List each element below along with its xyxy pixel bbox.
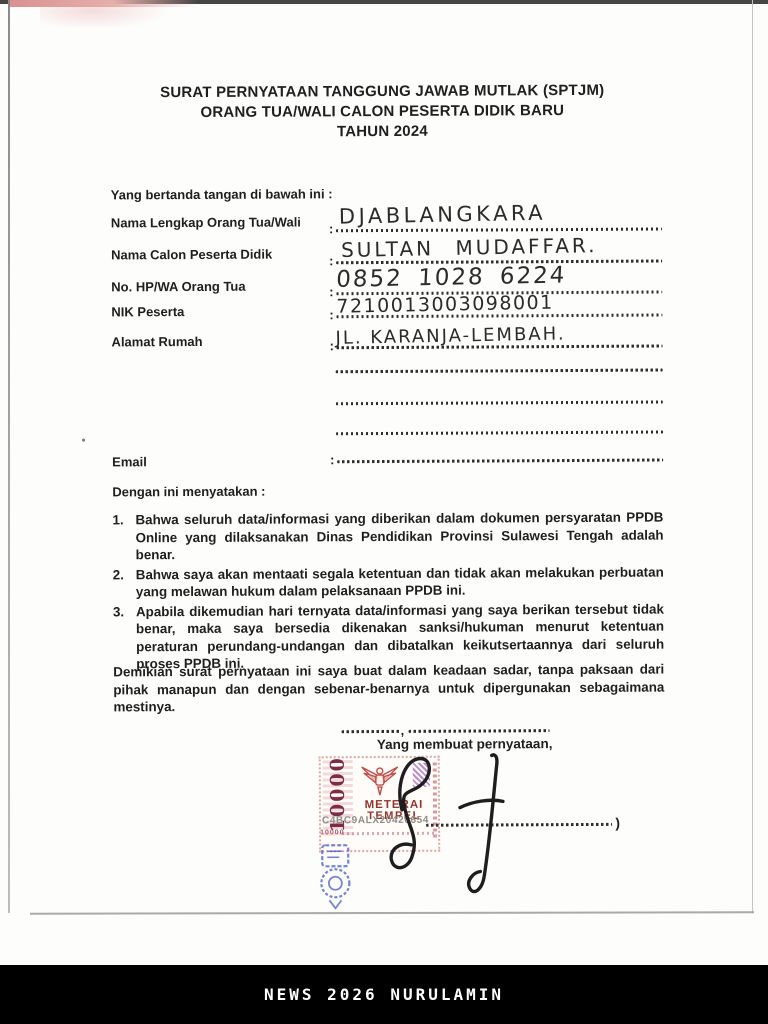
line-address-cont-2 (336, 389, 663, 409)
label-email: Email (112, 454, 147, 469)
colon: : (329, 223, 333, 235)
statement-list: 1. Bahwa seluruh data/informasi yang dib… (112, 507, 664, 673)
label-parent-name: Nama Lengkap Orang Tua/Wali (111, 214, 301, 230)
dotted-line (408, 730, 549, 733)
handwritten-phone: 0852 1028 6224 (336, 262, 568, 292)
banner-text: NEWS 2026 NURULAMIN (264, 985, 504, 1004)
colon: : (329, 309, 333, 321)
document-content: SURAT PERNYATAAN TANGGUNG JAWAB MUTLAK (… (0, 0, 768, 967)
handwritten-address: JL. KARANJA-LEMBAH. (335, 323, 565, 348)
statement-number: 1. (112, 511, 135, 564)
handwritten-signature (374, 745, 543, 914)
statement-item: 1. Bahwa seluruh data/informasi yang dib… (112, 509, 663, 564)
label-nik: NIK Peserta (111, 304, 184, 319)
handwritten-parent-name: DJABLANGKARA (339, 201, 547, 229)
comma: , (401, 725, 405, 736)
dotted-line (336, 369, 663, 373)
line-address-cont-1 (336, 357, 663, 377)
bottom-banner: NEWS 2026 NURULAMIN (0, 965, 768, 1024)
colon: : (330, 340, 334, 352)
dotted-line (338, 459, 664, 463)
colon: : (330, 454, 334, 466)
scanned-document: SURAT PERNYATAAN TANGGUNG JAWAB MUTLAK (… (0, 0, 768, 965)
date-place-line: , (342, 719, 550, 736)
dotted-line (336, 228, 662, 232)
blue-ink-stamp (315, 842, 361, 912)
dotted-line (336, 401, 663, 405)
colon: : (329, 255, 333, 267)
document-title: SURAT PERNYATAAN TANGGUNG JAWAB MUTLAK (… (58, 80, 706, 143)
dotted-line (336, 431, 663, 435)
stamp-tiny-value: 10000 (320, 829, 345, 836)
title-line-3: TAHUN 2024 (58, 120, 706, 143)
handwritten-student-name: SULTAN MUDAFFAR. (341, 233, 598, 262)
label-student-name: Nama Calon Peserta Didik (111, 247, 272, 263)
intro-line: Yang bertanda tangan di bawah ini : (111, 186, 333, 202)
line-email: : (330, 447, 663, 467)
scan-speck (82, 439, 85, 442)
stamp-guilloche-strip: 10000 (323, 760, 353, 838)
statement-text: Bahwa seluruh data/informasi yang diberi… (135, 509, 663, 564)
close-paren: ) (615, 817, 620, 829)
statement-text: Bahwa saya akan mentaati segala ketentua… (136, 563, 664, 601)
line-address-cont-3 (336, 419, 663, 439)
label-phone: No. HP/WA Orang Tua (111, 279, 245, 295)
handwritten-nik: 7210013003098001 (336, 292, 554, 318)
closing-paragraph: Demikian surat pernyataan ini saya buat … (113, 661, 664, 716)
statement-number: 2. (113, 566, 136, 601)
colon: : (329, 286, 333, 298)
dotted-line (342, 730, 400, 733)
statement-item: 2. Bahwa saya akan mentaati segala keten… (113, 563, 664, 601)
declare-intro: Dengan ini menyatakan : (112, 484, 265, 500)
label-address: Alamat Rumah (111, 334, 202, 349)
